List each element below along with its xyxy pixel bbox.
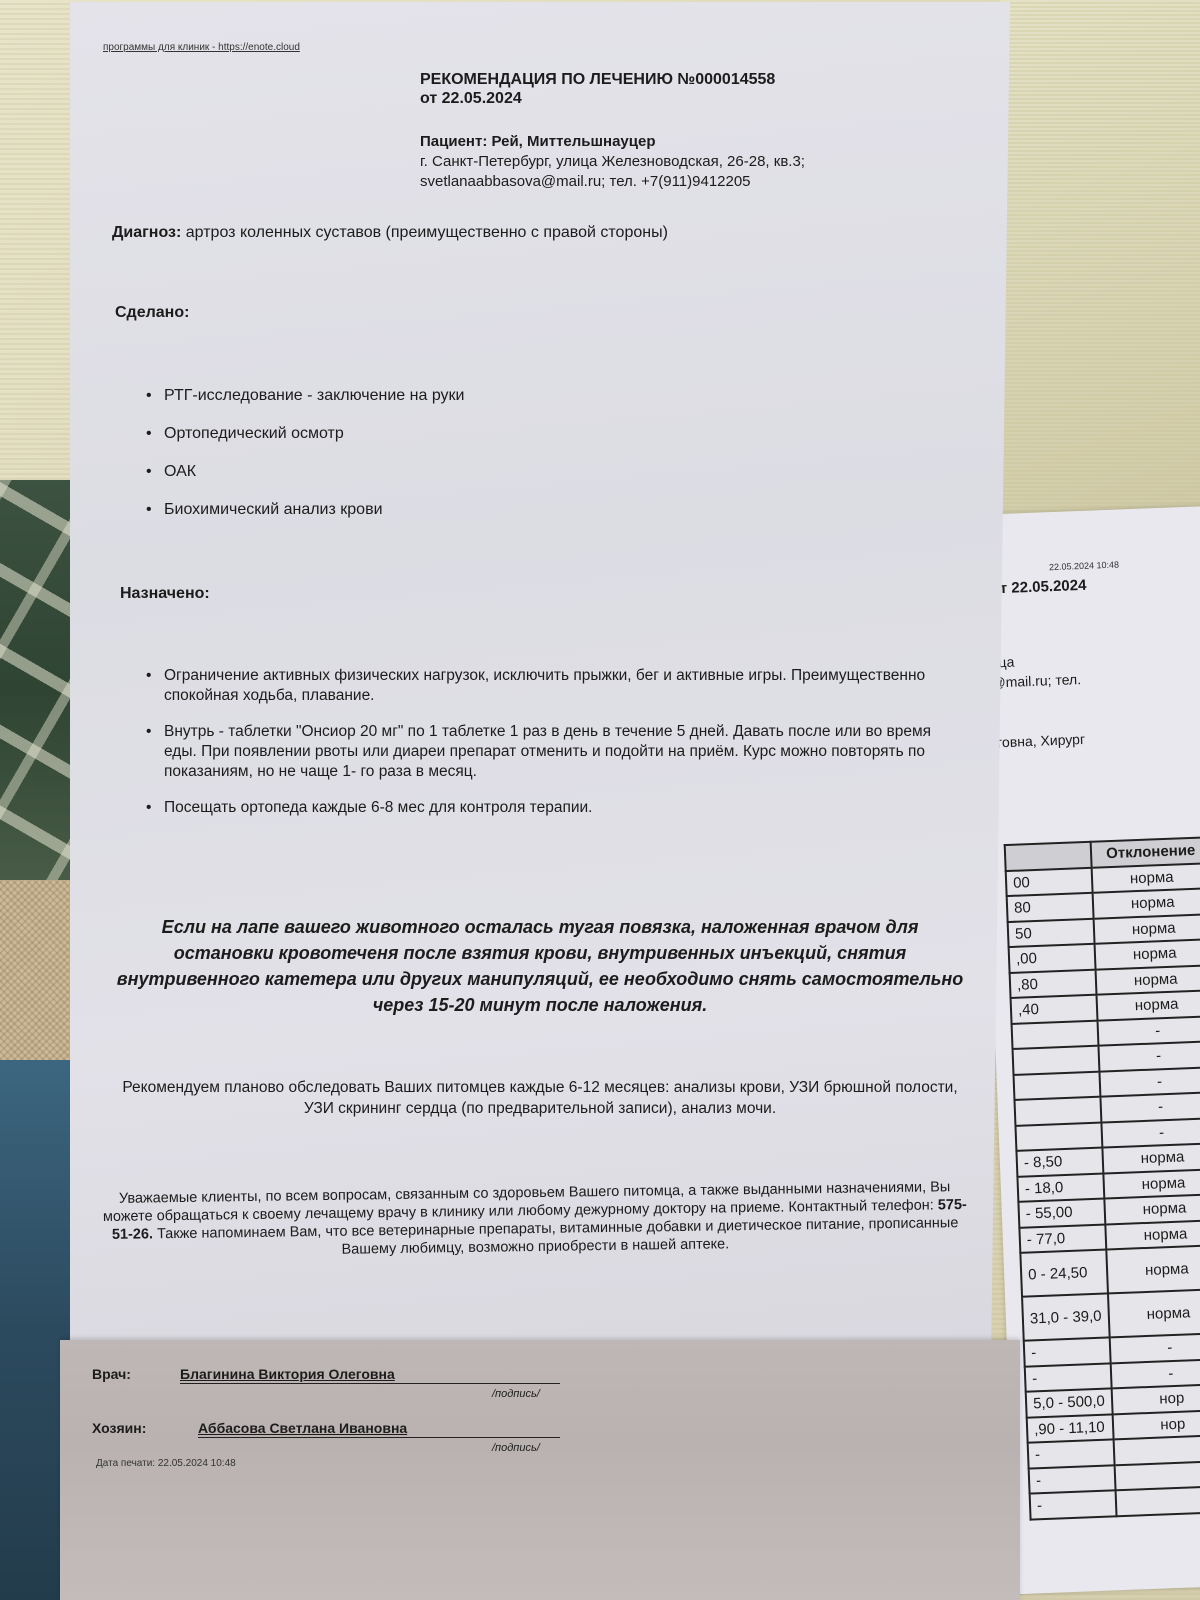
deviation-cell: - <box>1099 1067 1200 1097</box>
document-date: от 22.05.2024 <box>420 89 775 108</box>
deviation-cell: - <box>1101 1117 1200 1147</box>
reference-range-cell: - 8,50 <box>1016 1148 1103 1177</box>
deviation-cell: - <box>1098 1041 1200 1071</box>
deviation-cell: норма <box>1094 939 1200 969</box>
prescribed-heading: Назначено: <box>120 585 210 603</box>
reference-range-cell: - <box>1029 1465 1116 1494</box>
lab-results-table: Отклонение 00норма80норма50норма,00норма… <box>1004 836 1200 1520</box>
deviation-cell: норма <box>1105 1219 1200 1249</box>
deviation-cell: норма <box>1095 965 1200 995</box>
lab-contact-fragment: @mail.ru; тел. <box>991 671 1081 690</box>
deviation-cell: - <box>1100 1092 1200 1122</box>
patient-address: г. Санкт-Петербург, улица Железноводская… <box>420 152 805 172</box>
doctor-name: Благинина Виктория Олеговна <box>180 1366 395 1382</box>
reference-range-cell: 50 <box>1008 918 1095 947</box>
deviation-cell: норма <box>1093 914 1200 944</box>
deviation-cell: норма <box>1092 888 1200 918</box>
owner-label: Хозяин: <box>92 1420 146 1436</box>
doctor-signature-line <box>180 1383 560 1384</box>
deviation-cell: норма <box>1102 1143 1200 1173</box>
list-item: Ортопедический осмотр <box>144 425 464 443</box>
patient-contacts: svetlanaabbasova@mail.ru; тел. +7(911)94… <box>420 172 805 192</box>
deviation-cell: норма <box>1108 1289 1200 1338</box>
reference-range-cell: - <box>1024 1337 1111 1366</box>
done-heading: Сделано: <box>115 304 189 322</box>
deviation-cell: нор <box>1111 1384 1200 1414</box>
reference-range-cell: ,00 <box>1009 944 1096 973</box>
deviation-cell: нор <box>1112 1409 1200 1439</box>
list-item: Биохимический анализ крови <box>144 501 464 519</box>
diagnosis-text: артроз коленных суставов (преимущественн… <box>186 224 668 241</box>
lab-date: т 22.05.2024 <box>1000 577 1087 597</box>
reference-range-cell <box>1013 1046 1100 1075</box>
reference-range-cell: - <box>1028 1439 1115 1468</box>
deviation-cell: норма <box>1104 1194 1200 1224</box>
software-link[interactable]: программы для клиник - https://enote.clo… <box>103 42 300 53</box>
background-fabric <box>1000 0 1200 540</box>
treatment-recommendation-sheet: программы для клиник - https://enote.clo… <box>70 2 1010 1342</box>
reference-range-cell: ,40 <box>1011 995 1098 1024</box>
lab-timestamp: 22.05.2024 10:48 <box>1049 560 1119 573</box>
diagnosis: Диагноз: артроз коленных суставов (преим… <box>112 224 668 242</box>
owner-name: Аббасова Светлана Ивановна <box>198 1420 407 1436</box>
reference-range-cell: ,90 - 11,10 <box>1027 1414 1114 1443</box>
document-title: РЕКОМЕНДАЦИЯ ПО ЛЕЧЕНИЮ №000014558 от 22… <box>420 70 775 108</box>
doctor-signature-hint: /подпись/ <box>492 1388 540 1400</box>
deviation-cell <box>1113 1435 1200 1465</box>
list-item: Посещать ортопеда каждые 6-8 мес для кон… <box>144 798 934 818</box>
owner-signature-line <box>198 1437 560 1438</box>
deviation-cell: - <box>1110 1358 1200 1388</box>
reference-range-cell: 31,0 - 39,0 <box>1022 1293 1109 1340</box>
reference-range-cell <box>1015 1122 1102 1151</box>
diagnosis-label: Диагноз: <box>112 224 181 241</box>
reference-range-cell: 0 - 24,50 <box>1020 1250 1107 1297</box>
contact-info: Уважаемые клиенты, по всем вопросам, свя… <box>95 1178 976 1262</box>
reference-range-cell: ,80 <box>1010 969 1097 998</box>
reference-range-cell: 80 <box>1007 893 1094 922</box>
patient-name: Рей, Миттельшнауцер <box>491 133 655 150</box>
reference-range-cell <box>1012 1020 1099 1049</box>
reference-range-cell: - 55,00 <box>1018 1199 1105 1228</box>
deviation-cell <box>1114 1460 1200 1490</box>
deviation-cell: - <box>1109 1333 1200 1363</box>
reference-range-cell: - 18,0 <box>1017 1173 1104 1202</box>
signature-section: Врач: Благинина Виктория Олеговна /подпи… <box>60 1340 1020 1600</box>
reference-range-cell <box>1014 1097 1101 1126</box>
deviation-cell: норма <box>1096 990 1200 1020</box>
checkup-recommendation: Рекомендуем планово обследовать Ваших пи… <box>110 1077 970 1119</box>
table-row: 31,0 - 39,0норма <box>1022 1289 1200 1341</box>
patient-label: Пациент: <box>420 133 487 150</box>
deviation-cell: норма <box>1103 1168 1200 1198</box>
reference-range-cell: 5,0 - 500,0 <box>1026 1388 1113 1417</box>
owner-signature-hint: /подпись/ <box>492 1442 540 1454</box>
reference-range-cell <box>1014 1071 1101 1100</box>
print-date: Дата печати: 22.05.2024 10:48 <box>96 1458 236 1469</box>
patient-block: Пациент: Рей, Миттельшнауцер г. Санкт-Пе… <box>420 132 805 192</box>
table-row: 0 - 24,50норма <box>1020 1245 1200 1297</box>
list-item: Внутрь - таблетки "Онсиор 20 мг" по 1 та… <box>144 722 934 782</box>
reference-range-cell: - 77,0 <box>1019 1224 1106 1253</box>
list-item: ОАК <box>144 463 464 481</box>
lab-doctor-fragment: товна, Хирург <box>995 731 1085 750</box>
column-header-reference <box>1005 842 1092 871</box>
document-number: РЕКОМЕНДАЦИЯ ПО ЛЕЧЕНИЮ №000014558 <box>420 70 775 89</box>
bandage-warning: Если на лапе вашего животного осталась т… <box>110 914 970 1018</box>
patient-name-line: Пациент: Рей, Миттельшнауцер <box>420 132 805 152</box>
list-item: Ограничение активных физических нагрузок… <box>144 666 934 706</box>
reference-range-cell: - <box>1030 1490 1117 1519</box>
deviation-cell: норма <box>1106 1245 1200 1294</box>
deviation-cell <box>1115 1486 1200 1516</box>
deviation-cell: - <box>1097 1016 1200 1046</box>
doctor-label: Врач: <box>92 1366 131 1382</box>
list-item: РТГ-исследование - заключение на руки <box>144 387 464 405</box>
reference-range-cell: 00 <box>1006 867 1093 896</box>
prescribed-list: Ограничение активных физических нагрузок… <box>144 666 934 834</box>
reference-range-cell: - <box>1025 1363 1112 1392</box>
done-list: РТГ-исследование - заключение на руки Ор… <box>144 387 464 539</box>
